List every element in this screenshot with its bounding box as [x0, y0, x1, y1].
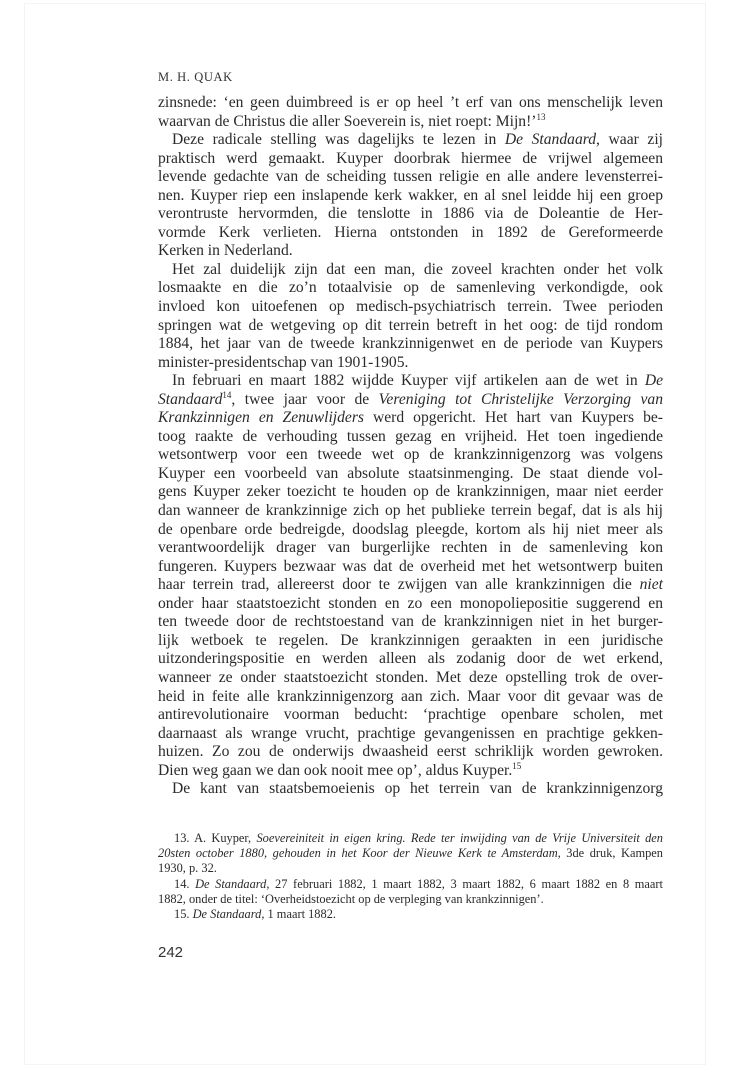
- body-line: wetsontwerp voor een tweede wet op de kr…: [158, 446, 663, 465]
- text-run: heid in feite alle krankzinnigenzorg aan…: [158, 688, 663, 705]
- text-run: nen. Kuyper riep een inslapende kerk wak…: [158, 187, 663, 204]
- body-line: Krankzinnigen en Zenuwlijders werd opger…: [158, 409, 663, 428]
- body-line: haar terrein trad, allereerst door te zw…: [158, 576, 663, 595]
- text-run: uitzonderingspositie en werden alleen al…: [158, 650, 663, 667]
- text-run: 15.: [174, 907, 193, 921]
- body-line: De kant van staatsbemoeienis op het terr…: [158, 780, 663, 799]
- body-line: fungeren. Kuypers bezwaar was dat de ove…: [158, 558, 663, 577]
- body-line: ten tweede door de rechtstoestand van de…: [158, 613, 663, 632]
- italic-text: 20sten october 1880, gehouden in het Koo…: [158, 846, 558, 860]
- text-run: praktisch werd gemaakt. Kuyper doorbrak …: [158, 150, 663, 167]
- italic-text: De Standaard: [193, 907, 262, 921]
- text-run: wetsontwerp voor een tweede wet op de kr…: [158, 446, 663, 463]
- body-line: Dien weg gaan we dan ook nooit mee op’, …: [158, 762, 663, 781]
- text-run: Het zal duidelijk zijn dat een man, die …: [172, 261, 663, 278]
- footnote-line: 15. De Standaard, 1 maart 1882.: [158, 907, 663, 922]
- text-run: daarnaast als wrange vrucht, prachtige g…: [158, 725, 663, 742]
- text-run: 14.: [174, 877, 195, 891]
- body-line: gens Kuyper zeker toezicht te houden op …: [158, 483, 663, 502]
- body-line: Kuyper een voorbeeld van absolute staats…: [158, 465, 663, 484]
- text-run: onder haar staatstoezicht stonden en zo …: [158, 595, 663, 612]
- italic-text: niet: [640, 576, 663, 593]
- body-line: daarnaast als wrange vrucht, prachtige g…: [158, 725, 663, 744]
- footnote-line: 20sten october 1880, gehouden in het Koo…: [158, 846, 663, 861]
- text-run: verantwoordelijk drager van burgerlijke …: [158, 539, 663, 556]
- body-line: wanneer ze onder staatstoezicht stonden.…: [158, 669, 663, 688]
- italic-text: Standaard: [158, 391, 222, 408]
- text-run: ten tweede door de rechtstoestand van de…: [158, 613, 663, 630]
- text-run: fungeren. Kuypers bezwaar was dat de ove…: [158, 558, 663, 575]
- footnote-reference: 13: [536, 112, 545, 122]
- text-run: de openbare orde bedreigde, doodslag ple…: [158, 521, 663, 538]
- text-run: levende gedachte van de scheiding tussen…: [158, 168, 663, 185]
- body-line: uitzonderingspositie en werden alleen al…: [158, 650, 663, 669]
- text-run: Kerken in Nederland.: [158, 242, 293, 259]
- body-line: lijk wetboek te regelen. De krankzinnige…: [158, 632, 663, 651]
- text-run: toog raakte de verhouding tussen gezag e…: [158, 428, 663, 445]
- footnotes: 13. A. Kuyper, Soevereiniteit in eigen k…: [158, 831, 663, 922]
- text-run: losmaakte en die zo’n totaalvisie op de …: [158, 279, 663, 296]
- body-line: vormde Kerk verlieten. Hierna ontstonden…: [158, 224, 663, 243]
- body-line: Deze radicale stelling was dagelijks te …: [158, 131, 663, 150]
- italic-text: Vereniging tot Christelijke Verzorging v…: [379, 391, 663, 408]
- italic-text: De Standaard: [195, 877, 266, 891]
- body-text: zinsnede: ‘en geen duimbreed is er op he…: [158, 94, 663, 799]
- body-line: praktisch werd gemaakt. Kuyper doorbrak …: [158, 150, 663, 169]
- text-run: Kuyper een voorbeeld van absolute staats…: [158, 465, 663, 482]
- body-line: verantwoordelijk drager van burgerlijke …: [158, 539, 663, 558]
- text-run: waarvan de Christus die aller Soeverein …: [158, 113, 536, 130]
- text-run: lijk wetboek te regelen. De krankzinnige…: [158, 632, 663, 649]
- body-line: Standaard14, twee jaar voor de Verenigin…: [158, 391, 663, 410]
- body-line: verontruste hervormden, die tenslotte in…: [158, 205, 663, 224]
- text-run: werd opgericht. Het hart van Kuypers be-: [364, 409, 663, 426]
- text-run: 1884, het jaar van de tweede krankzinnig…: [158, 335, 663, 352]
- text-run: verontruste hervormden, die tenslotte in…: [158, 205, 663, 222]
- running-head: M. H. QUAK: [158, 70, 233, 85]
- italic-text: Soevereiniteit in eigen kring. Rede ter …: [256, 831, 663, 845]
- body-line: minister-presidentschap van 1901-1905.: [158, 354, 663, 373]
- text-run: minister-presidentschap van 1901-1905.: [158, 354, 408, 371]
- body-line: dan wanneer de krankzinnige zich op het …: [158, 502, 663, 521]
- footnote-reference: 15: [512, 761, 521, 771]
- footnote-line: 1930, p. 32.: [158, 861, 663, 876]
- body-line: losmaakte en die zo’n totaalvisie op de …: [158, 279, 663, 298]
- text-run: zinsnede: ‘en geen duimbreed is er op he…: [158, 94, 663, 111]
- text-run: springen wat de wetgeving op dit terrein…: [158, 317, 663, 334]
- body-line: onder haar staatstoezicht stonden en zo …: [158, 595, 663, 614]
- text-run: In februari en maart 1882 wijdde Kuyper …: [172, 372, 645, 389]
- page-number: 242: [158, 944, 183, 961]
- footnote-line: 1882, onder de titel: ‘Overheidstoezicht…: [158, 892, 663, 907]
- body-line: Kerken in Nederland.: [158, 242, 663, 261]
- body-line: invloed kon uitoefenen op medisch-psychi…: [158, 298, 663, 317]
- body-line: heid in feite alle krankzinnigenzorg aan…: [158, 688, 663, 707]
- text-run: 13. A. Kuyper,: [174, 831, 256, 845]
- text-run: , 1 maart 1882.: [261, 907, 336, 921]
- text-run: Dien weg gaan we dan ook nooit mee op’, …: [158, 762, 512, 779]
- text-run: , waar zij: [596, 131, 663, 148]
- text-run: , 3de druk, Kampen: [558, 846, 663, 860]
- text-run: Deze radicale stelling was dagelijks te …: [172, 131, 505, 148]
- text-run: antirevolutionaire voorman beducht: ‘pra…: [158, 706, 663, 723]
- body-line: huizen. Zo zou de onderwijs dwaasheid ee…: [158, 743, 663, 762]
- italic-text: De Standaard: [505, 131, 596, 148]
- body-line: levende gedachte van de scheiding tussen…: [158, 168, 663, 187]
- body-line: nen. Kuyper riep een inslapende kerk wak…: [158, 187, 663, 206]
- text-run: wanneer ze onder staatstoezicht stonden.…: [158, 669, 663, 686]
- text-run: De kant van staatsbemoeienis op het terr…: [172, 780, 663, 797]
- body-line: de openbare orde bedreigde, doodslag ple…: [158, 521, 663, 540]
- body-line: springen wat de wetgeving op dit terrein…: [158, 317, 663, 336]
- document-page: M. H. QUAK zinsnede: ‘en geen duimbreed …: [24, 3, 706, 1065]
- text-run: dan wanneer de krankzinnige zich op het …: [158, 502, 663, 519]
- body-line: waarvan de Christus die aller Soeverein …: [158, 113, 663, 132]
- footnote-line: 13. A. Kuyper, Soevereiniteit in eigen k…: [158, 831, 663, 846]
- text-run: 1930, p. 32.: [158, 861, 217, 875]
- body-line: In februari en maart 1882 wijdde Kuyper …: [158, 372, 663, 391]
- body-line: zinsnede: ‘en geen duimbreed is er op he…: [158, 94, 663, 113]
- text-run: haar terrein trad, allereerst door te zw…: [158, 576, 640, 593]
- text-run: , 27 februari 1882, 1 maart 1882, 3 maar…: [266, 877, 663, 891]
- text-run: huizen. Zo zou de onderwijs dwaasheid ee…: [158, 743, 663, 760]
- footnote-line: 14. De Standaard, 27 februari 1882, 1 ma…: [158, 877, 663, 892]
- body-line: 1884, het jaar van de tweede krankzinnig…: [158, 335, 663, 354]
- text-run: invloed kon uitoefenen op medisch-psychi…: [158, 298, 663, 315]
- body-line: Het zal duidelijk zijn dat een man, die …: [158, 261, 663, 280]
- text-run: , twee jaar voor de: [231, 391, 378, 408]
- text-run: gens Kuyper zeker toezicht te houden op …: [158, 483, 663, 500]
- body-line: antirevolutionaire voorman beducht: ‘pra…: [158, 706, 663, 725]
- italic-text: Krankzinnigen en Zenuwlijders: [158, 409, 364, 426]
- body-line: toog raakte de verhouding tussen gezag e…: [158, 428, 663, 447]
- italic-text: De: [645, 372, 663, 389]
- text-run: 1882, onder de titel: ‘Overheidstoezicht…: [158, 892, 544, 906]
- text-run: vormde Kerk verlieten. Hierna ontstonden…: [158, 224, 663, 241]
